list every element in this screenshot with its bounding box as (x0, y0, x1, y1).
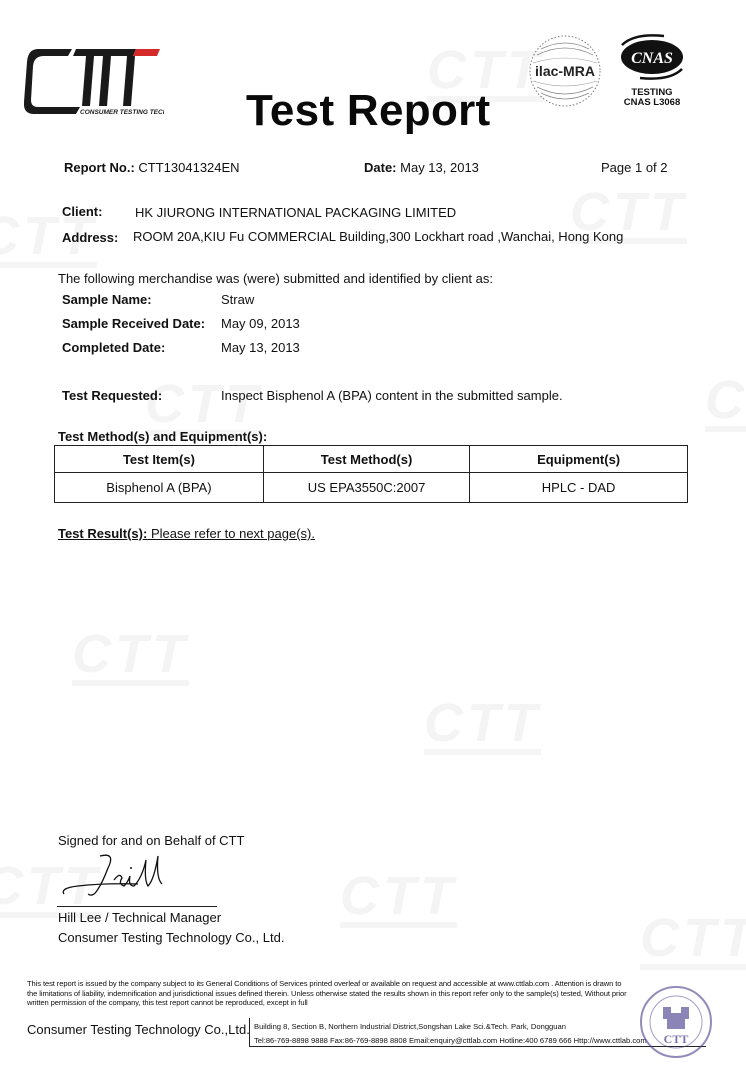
watermark-ctt: CTT (705, 374, 746, 432)
signatory-name-title: Hill Lee / Technical Manager (58, 910, 221, 925)
sample-intro: The following merchandise was (were) sub… (58, 271, 493, 286)
ilac-mra-logo: ilac-MRA (527, 33, 603, 109)
footer-company: Consumer Testing Technology Co.,Ltd. (27, 1022, 250, 1037)
column-header-equipment: Equipment(s) (470, 446, 688, 473)
column-header-test-method: Test Method(s) (263, 446, 469, 473)
received-date-label: Sample Received Date: (62, 316, 205, 331)
svg-text:CONSUMER TESTING TECH: CONSUMER TESTING TECH (80, 109, 164, 116)
client-label: Client: (62, 204, 102, 219)
completed-date-label: Completed Date: (62, 340, 165, 355)
column-header-test-item: Test Item(s) (55, 446, 264, 473)
footer-address: Building 8, Section B, Northern Industri… (254, 1020, 647, 1048)
ctt-logo: CONSUMER TESTING TECH (24, 44, 164, 120)
methods-table: Test Item(s) Test Method(s) Equipment(s)… (54, 445, 688, 503)
watermark-ctt: CTT (145, 378, 262, 436)
report-date: Date: May 13, 2013 (364, 160, 479, 175)
company-stamp-icon: CTT (639, 985, 713, 1059)
address-label: Address: (62, 230, 118, 245)
cell-equipment: HPLC - DAD (470, 473, 688, 503)
signatory-company: Consumer Testing Technology Co., Ltd. (58, 930, 284, 945)
page-number: Page 1 of 2 (601, 160, 668, 175)
cell-test-method: US EPA3550C:2007 (263, 473, 469, 503)
test-requested-label: Test Requested: (62, 388, 162, 403)
client-address: ROOM 20A,KIU Fu COMMERCIAL Building,300 … (133, 229, 623, 244)
received-date-value: May 09, 2013 (221, 316, 300, 331)
report-number: Report No.: CTT13041324EN (64, 160, 240, 175)
svg-text:ilac-MRA: ilac-MRA (535, 63, 595, 79)
sample-name-value: Straw (221, 292, 254, 307)
cnas-accreditation-number: TESTING CNAS L3068 (614, 88, 690, 108)
footer-disclaimer: This test report is issued by the compan… (27, 979, 727, 1008)
svg-text:CTT: CTT (664, 1032, 689, 1046)
signed-on-behalf: Signed for and on Behalf of CTT (58, 833, 244, 848)
watermark-ctt: CTT (424, 697, 541, 755)
cell-test-item: Bisphenol A (BPA) (55, 473, 264, 503)
test-result: Test Result(s): Please refer to next pag… (58, 526, 315, 541)
signature-image (58, 850, 178, 907)
watermark-ctt: CTT (72, 628, 189, 686)
sample-name-label: Sample Name: (62, 292, 152, 307)
watermark-ctt: CTT (340, 870, 457, 928)
footer-divider (249, 1018, 250, 1046)
svg-text:CNAS: CNAS (631, 50, 673, 67)
table-row: Bisphenol A (BPA) US EPA3550C:2007 HPLC … (55, 473, 688, 503)
methods-heading: Test Method(s) and Equipment(s): (58, 429, 267, 444)
test-requested-value: Inspect Bisphenol A (BPA) content in the… (221, 388, 563, 403)
footer-rule (249, 1046, 706, 1047)
table-header-row: Test Item(s) Test Method(s) Equipment(s) (55, 446, 688, 473)
watermark-ctt: CTT (640, 912, 746, 970)
page-title: Test Report (246, 86, 491, 136)
client-name: HK JIURONG INTERNATIONAL PACKAGING LIMIT… (135, 205, 456, 220)
completed-date-value: May 13, 2013 (221, 340, 300, 355)
signature-line (57, 906, 217, 907)
